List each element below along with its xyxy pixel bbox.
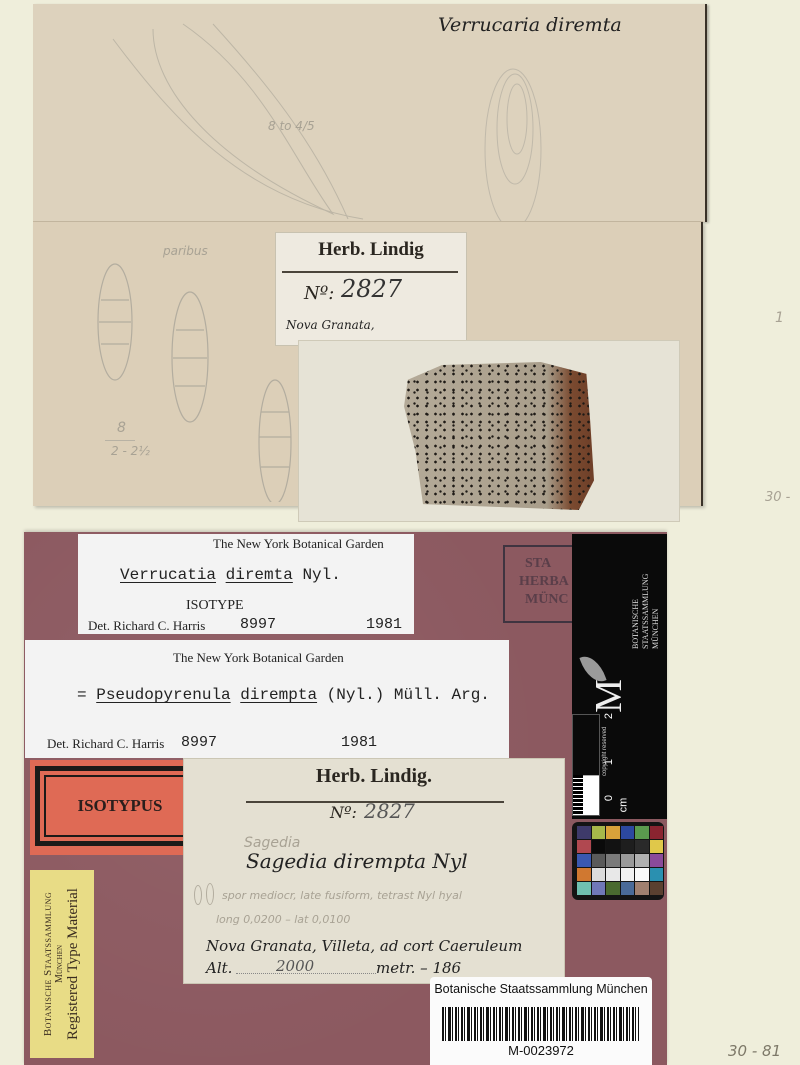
determination-number: 8997	[181, 734, 217, 751]
color-swatch	[592, 882, 606, 895]
type-material-line-2: München	[54, 945, 65, 983]
color-swatch	[577, 882, 591, 895]
barcode-label: Botanische Staatssammlung München M-0023…	[430, 977, 652, 1065]
nybg-institution: The New York Botanical Garden	[213, 536, 384, 552]
color-swatch	[577, 840, 591, 853]
color-swatch	[606, 854, 620, 867]
color-swatch	[577, 826, 591, 839]
tick-2: 2	[603, 713, 615, 719]
margin-note-3: 30 - 81	[728, 1042, 781, 1060]
type-status: ISOTYPE	[186, 598, 244, 614]
scale-institution-3: MÜNCHEN	[651, 589, 661, 649]
margin-note-2: 30 -	[765, 490, 790, 505]
color-swatch	[577, 854, 591, 867]
nybg-institution: The New York Botanical Garden	[173, 650, 344, 666]
color-swatch	[606, 882, 620, 895]
type-material-line-3: Registered Type Material	[65, 888, 82, 1040]
herb-lindig-label-bottom: Herb. Lindig. Nº: 2827 Sagedia Sagedia d…	[183, 758, 565, 984]
nybg-determination-label-2: The New York Botanical Garden = Pseudopy…	[25, 640, 509, 758]
determination-year: 1981	[366, 616, 402, 633]
taxon-name-line: Verrucatia diremta Nyl.	[120, 566, 341, 584]
determination-number: 8997	[240, 616, 276, 633]
pencil-description-2: long 0,0200 – lat 0,0100	[216, 913, 350, 926]
herb-label-locality: Nova Granata,	[286, 318, 375, 332]
isotypus-frame: ISOTYPUS	[35, 766, 205, 846]
pencil-description-1: spor mediocr, late fusiform, tetrast Nyl…	[222, 889, 462, 902]
herb-label-number-prefix: Nº:	[330, 803, 357, 822]
scale-institution-1: BOTANISCHE	[631, 589, 641, 649]
color-swatch	[621, 882, 635, 895]
packet-top-flap: 8 to 4/5 Verrucaria diremta	[33, 4, 707, 222]
color-swatch	[592, 868, 606, 881]
color-swatch	[650, 826, 664, 839]
synonym-author: (Nyl.) Müll. Arg.	[327, 686, 490, 704]
herbarium-stamp: STA HERBA MÜNC	[503, 545, 583, 623]
registered-type-material-label: Botanische Staatssammlung München Regist…	[30, 870, 94, 1058]
taxon-genus: Verrucatia	[120, 566, 216, 584]
color-swatch	[621, 868, 635, 881]
color-swatch	[650, 882, 664, 895]
color-swatch	[621, 854, 635, 867]
determination-year: 1981	[341, 734, 377, 751]
color-swatch	[621, 826, 635, 839]
barcode-icon	[442, 1007, 639, 1041]
color-swatch	[635, 882, 649, 895]
lichen-specimen	[404, 362, 594, 510]
margin-note-1: 1	[775, 310, 784, 326]
pencil-fraction-line	[105, 440, 135, 441]
color-swatch	[592, 840, 606, 853]
pencil-fraction-top: 8	[117, 420, 126, 436]
color-swatch	[577, 868, 591, 881]
color-swatch	[650, 854, 664, 867]
color-swatch-grid	[577, 826, 663, 895]
altitude-value: 2000	[276, 957, 314, 975]
taxon-epithet: diremta	[226, 566, 293, 584]
packet-title-handwritten: Verrucaria diremta	[438, 14, 622, 36]
nybg-determination-label-1: The New York Botanical Garden Verrucatia…	[78, 534, 414, 634]
determiner: Det. Richard C. Harris	[88, 618, 205, 634]
mini-spore-sketch-icon	[206, 883, 214, 905]
color-swatch	[650, 868, 664, 881]
color-swatch	[606, 868, 620, 881]
pencil-spores-label: paribus	[163, 244, 208, 258]
herb-label-rule	[282, 271, 458, 273]
altitude-unit: metr. – 186	[376, 959, 461, 977]
scale-bar: BOTANISCHE STAATSSAMMLUNG MÜNCHEN M 2 1 …	[572, 534, 667, 819]
herb-label-title: Herb. Lindig.	[184, 765, 564, 788]
unit-cm: cm	[617, 798, 629, 813]
pencil-sketch-note: 8 to 4/5	[268, 119, 315, 133]
barcode-institution: Botanische Staatssammlung München	[430, 982, 652, 996]
synonym-genus: Pseudopyrenula	[96, 686, 230, 704]
synonym-prefix: =	[77, 686, 87, 704]
color-swatch	[635, 854, 649, 867]
isotypus-text: ISOTYPUS	[44, 775, 196, 837]
determiner: Det. Richard C. Harris	[47, 736, 164, 752]
color-swatch	[635, 826, 649, 839]
pencil-sketch-icon	[93, 19, 713, 224]
ruler-black-white	[572, 714, 600, 816]
herb-label-title: Herb. Lindig	[276, 239, 466, 261]
scale-institution-2: STAATSSAMMLUNG	[641, 589, 651, 649]
synonym-name-line: = Pseudopyrenula dirempta (Nyl.) Müll. A…	[77, 686, 490, 704]
barcode-code: M-0023972	[430, 1043, 652, 1058]
color-swatch	[635, 840, 649, 853]
locality-handwritten: Nova Granata, Villeta, ad cort Caeruleum	[206, 937, 522, 955]
institution-text-vertical: BOTANISCHE STAATSSAMMLUNG MÜNCHEN	[601, 589, 691, 649]
color-swatch	[635, 868, 649, 881]
type-material-text-vertical: Botanische Staatssammlung München Regist…	[30, 870, 94, 1058]
copyright-text: copyright reserved	[602, 727, 608, 776]
herb-label-number-prefix: Nº:	[304, 283, 334, 304]
logo-letter: M	[587, 679, 631, 713]
color-swatch	[650, 840, 664, 853]
tick-0: 0	[603, 795, 615, 801]
color-swatch	[592, 826, 606, 839]
herb-label-number: 2827	[364, 799, 415, 823]
type-material-line-1: Botanische Staatssammlung	[42, 892, 54, 1036]
mini-spore-sketch-icon	[194, 885, 202, 905]
color-calibration-chart	[572, 822, 664, 900]
herb-lindig-label-top: Herb. Lindig Nº: 2827 Nova Granata,	[275, 232, 467, 346]
species-handwritten: Sagedia dirempta Nyl	[246, 849, 468, 873]
color-swatch	[606, 826, 620, 839]
color-swatch	[621, 840, 635, 853]
taxon-author: Nyl.	[302, 566, 340, 584]
pencil-fraction-bottom: 2 - 2½	[111, 444, 150, 458]
synonym-epithet: dirempta	[240, 686, 317, 704]
color-swatch	[592, 854, 606, 867]
altitude-label: Alt.	[206, 959, 232, 977]
herb-label-number: 2827	[341, 275, 402, 303]
color-swatch	[606, 840, 620, 853]
